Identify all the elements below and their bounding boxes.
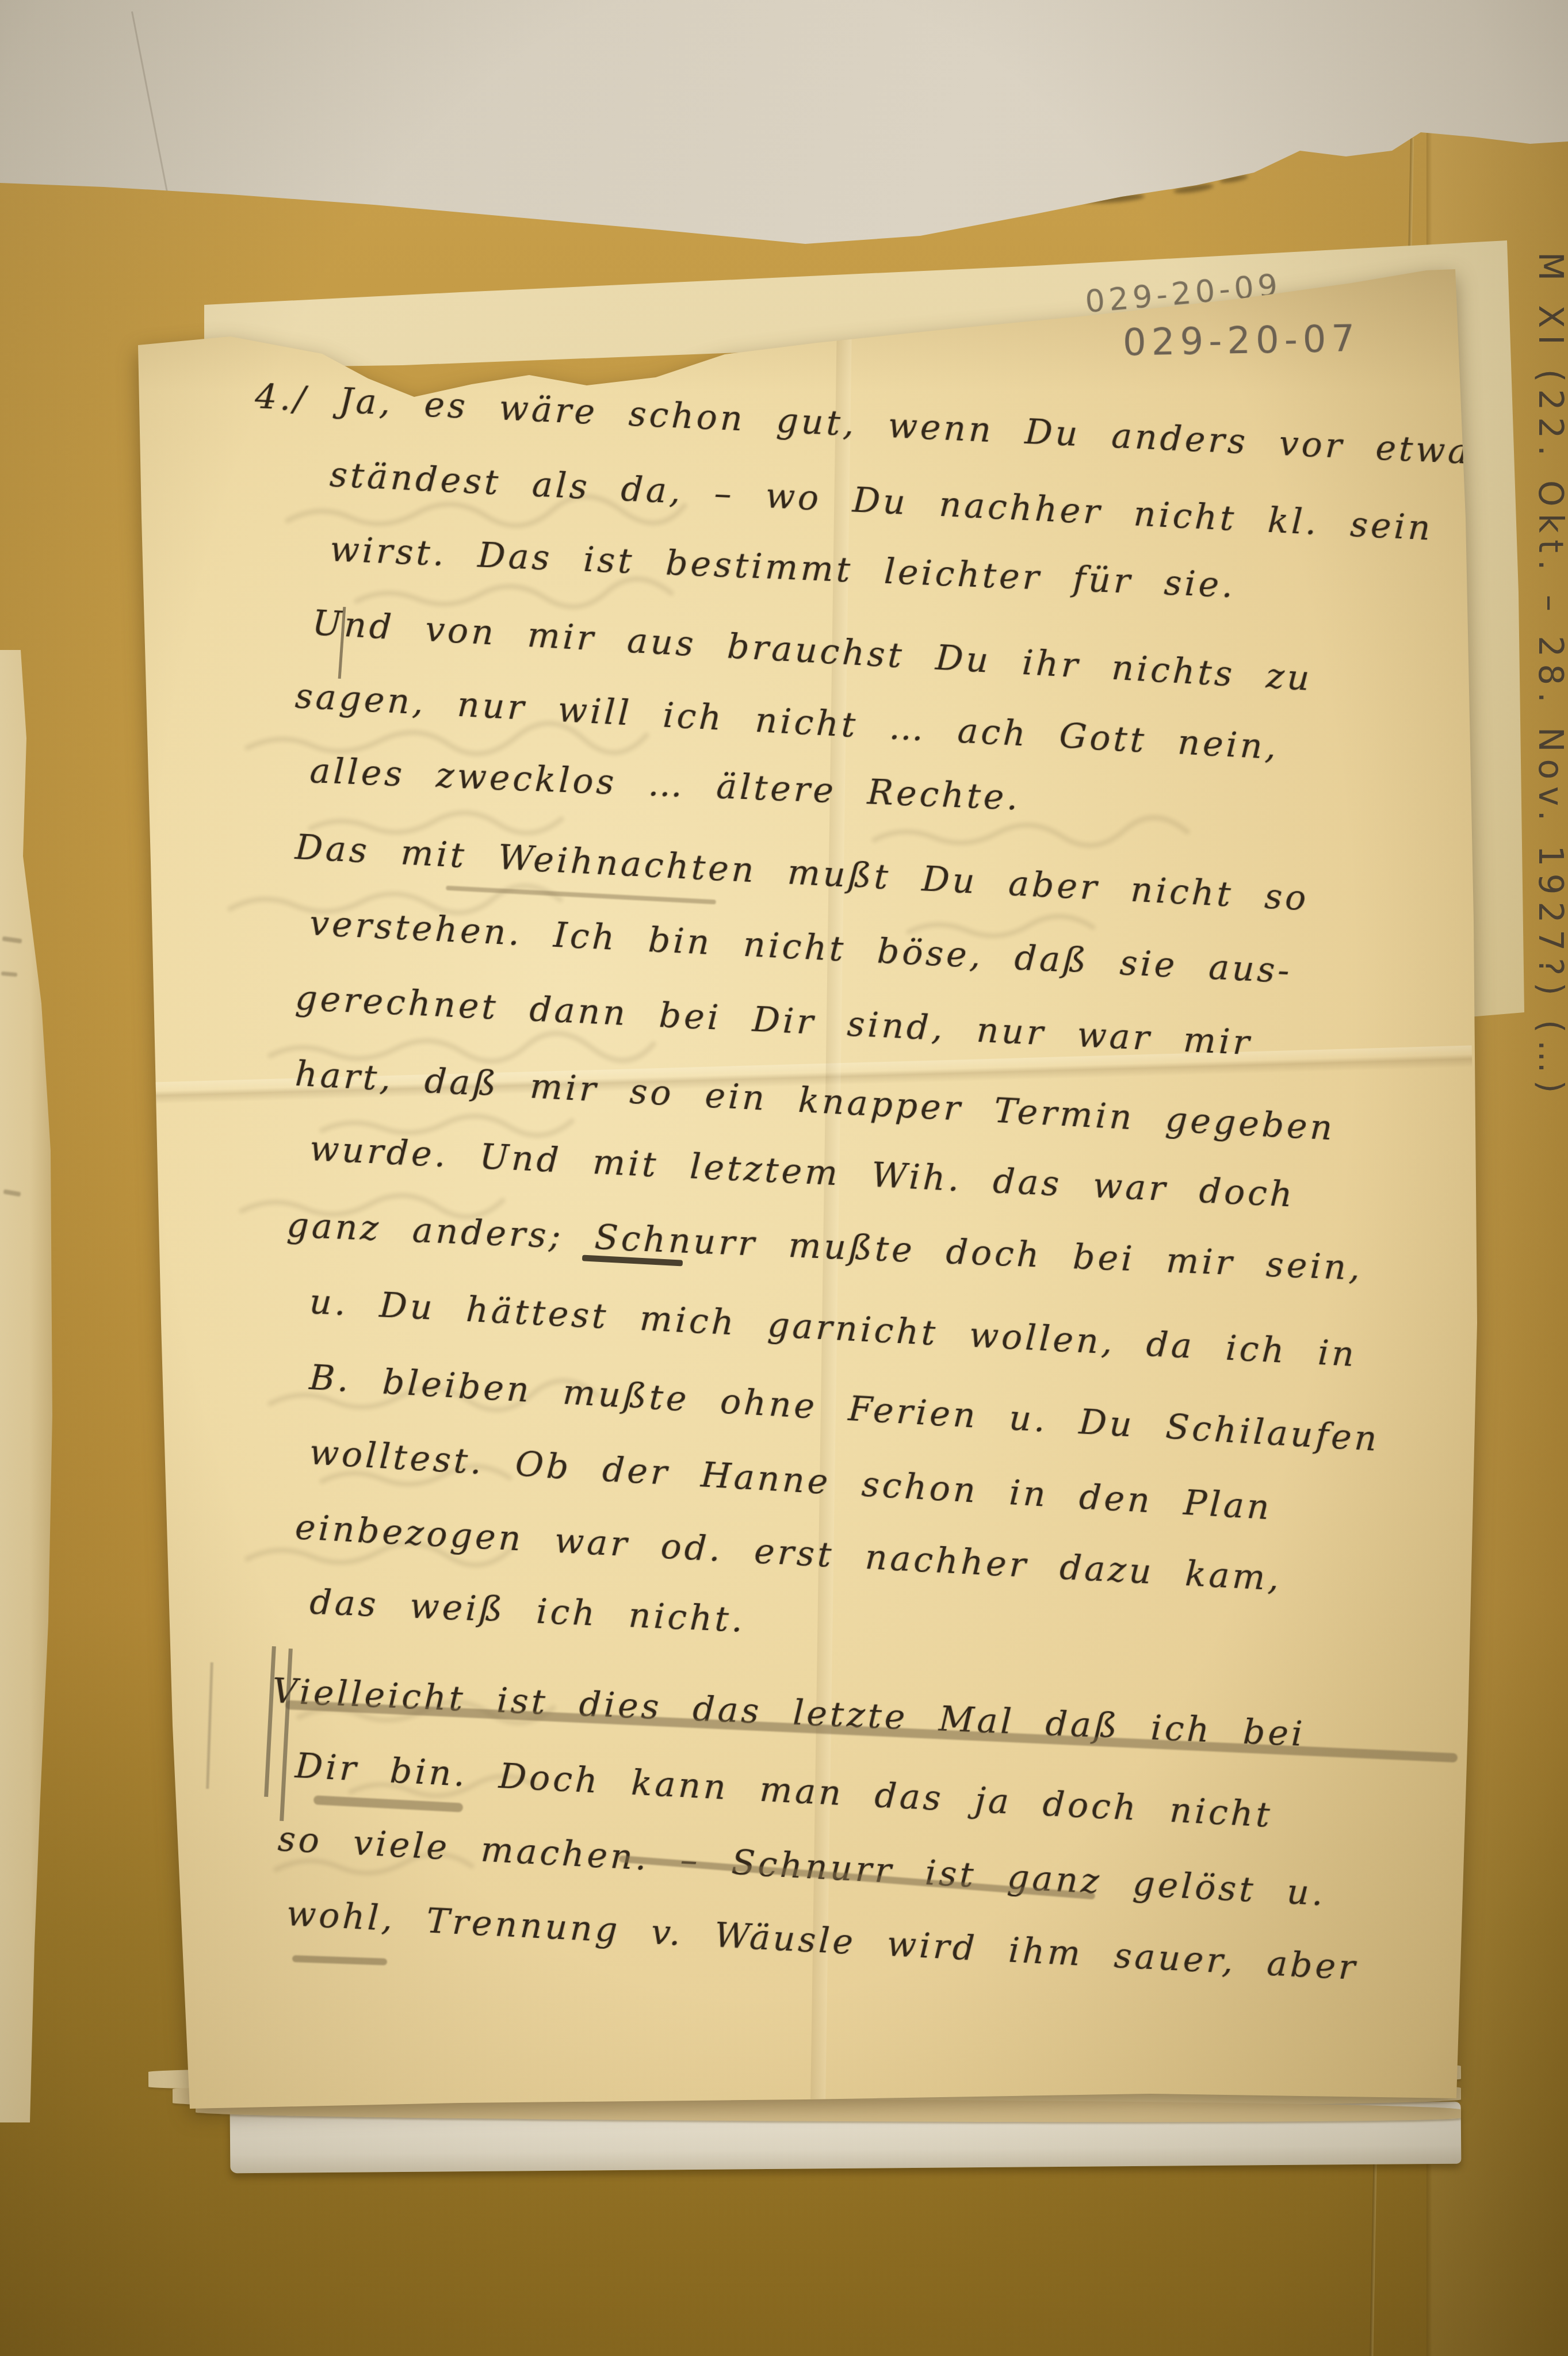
letter-page-paper: 029-20-07 4./ Ja, es wäre schon gut, wen…	[0, 0, 1568, 2356]
page-number: 029-20-07	[1122, 318, 1360, 364]
photo-of-letter: M XI (22. Okt. – 28. Nov. 1927?) (…) 029…	[0, 0, 1568, 2356]
letter-page: 029-20-07 4./ Ja, es wäre schon gut, wen…	[0, 0, 1568, 2356]
